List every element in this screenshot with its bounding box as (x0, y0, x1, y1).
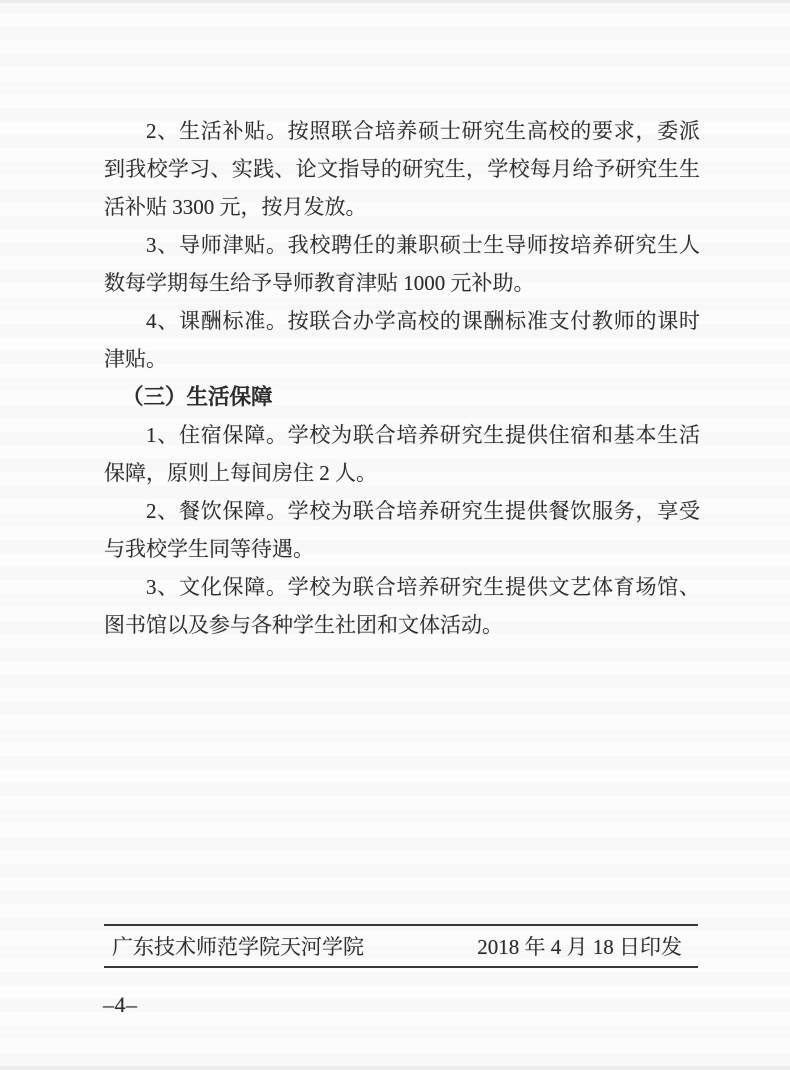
footer-rule-bottom (104, 966, 698, 968)
body-line: 4、课酬标准。按联合办学高校的课酬标准支付教师的课时 (104, 302, 700, 340)
body-line: 2、生活补贴。按照联合培养硕士研究生高校的要求，委派 (104, 112, 700, 150)
body-line: 到我校学习、实践、论文指导的研究生，学校每月给予研究生生 (104, 150, 700, 188)
body-line: 数每学期每生给予导师教育津贴 1000 元补助。 (104, 264, 700, 302)
print-date: 2018 年 4 月 18 日印发 (477, 931, 682, 961)
body-line: 图书馆以及参与各种学生社团和文体活动。 (104, 606, 700, 644)
section-heading: （三）生活保障 (104, 378, 700, 416)
body-line: 3、导师津贴。我校聘任的兼职硕士生导师按培养研究生人 (104, 226, 700, 264)
page-number: –4– (103, 992, 138, 1018)
body-line: 1、住宿保障。学校为联合培养研究生提供住宿和基本生活 (104, 416, 700, 454)
scan-edge-bottom (0, 1066, 790, 1070)
body-line: 津贴。 (104, 340, 700, 378)
colophon-row: 广东技术师范学院天河学院 2018 年 4 月 18 日印发 (104, 926, 698, 966)
document-body: 2、生活补贴。按照联合培养硕士研究生高校的要求，委派 到我校学习、实践、论文指导… (104, 112, 700, 644)
body-line: 2、餐饮保障。学校为联合培养研究生提供餐饮服务，享受 (104, 492, 700, 530)
body-line: 保障，原则上每间房住 2 人。 (104, 454, 700, 492)
issuer-name: 广东技术师范学院天河学院 (112, 931, 364, 961)
scan-edge-top (0, 0, 790, 3)
body-line: 与我校学生同等待遇。 (104, 530, 700, 568)
body-line: 活补贴 3300 元，按月发放。 (104, 188, 700, 226)
body-line: 3、文化保障。学校为联合培养研究生提供文艺体育场馆、 (104, 568, 700, 606)
